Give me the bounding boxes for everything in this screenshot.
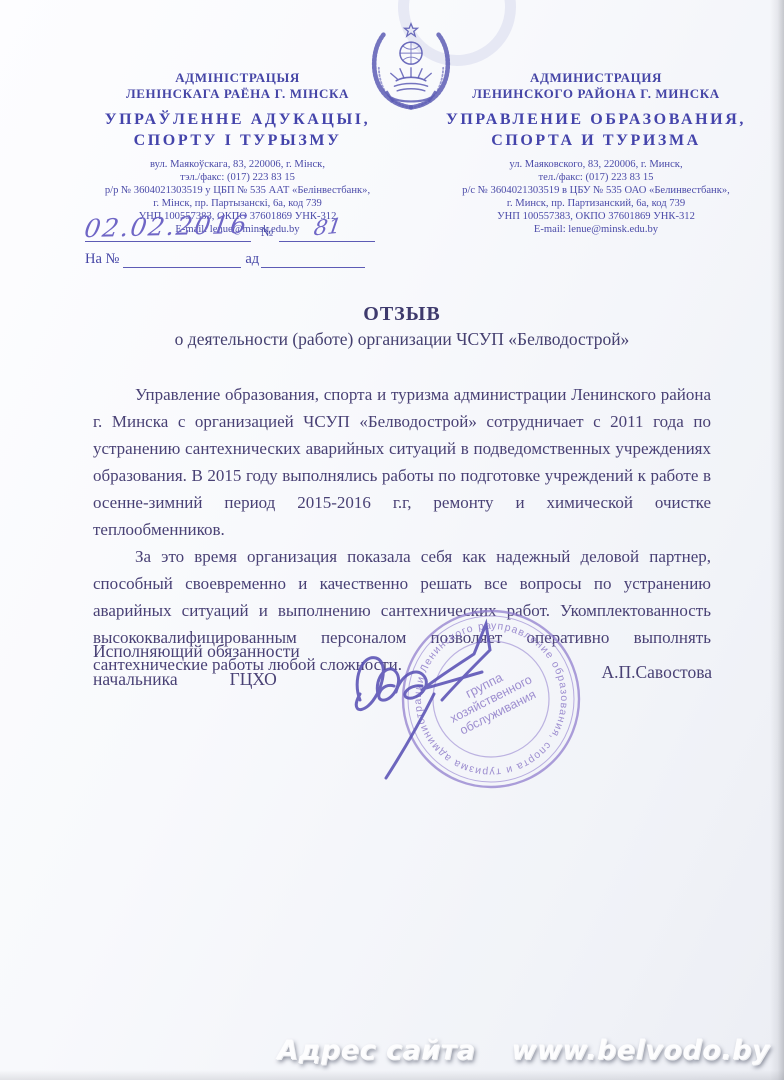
- body-paragraph-1: Управление образования, спорта и туризма…: [93, 381, 711, 543]
- signature-unit: ГЦХО: [230, 665, 277, 693]
- org-name-line1-by: АДМІНІСТРАЦЫЯ: [70, 70, 405, 86]
- letterhead-right: АДМИНИСТРАЦИЯ ЛЕНИНСКОГО РАЙОНА Г. МИНСК…: [428, 70, 764, 237]
- org-name-line1-ru: АДМИНИСТРАЦИЯ: [428, 70, 764, 86]
- site-watermark: Адрес сайта www.belvodo.by: [277, 1035, 770, 1066]
- address-line: УНП 100557383, ОКПО 37601869 УНК-312: [428, 211, 764, 224]
- org-name-line2-ru: ЛЕНИНСКОГО РАЙОНА Г. МИНСКА: [428, 86, 764, 102]
- reply-middle-label: ад: [245, 251, 259, 268]
- number-sign-label: №: [251, 224, 279, 242]
- address-line: р/с № 3604021303519 в ЦБУ № 535 ОАО «Бел…: [428, 185, 764, 198]
- scanned-letter-page: АДМІНІСТРАЦЫЯ ЛЕНІНСКАГА РАЁНА Г. МІНСКА…: [0, 0, 784, 1080]
- org-name-line2-by: ЛЕНІНСКАГА РАЁНА Г. МІНСКА: [70, 86, 405, 102]
- watermark-label: Адрес сайта: [277, 1035, 475, 1066]
- reply-number-blank: [123, 267, 241, 268]
- handwritten-date: 02.02.2016: [85, 212, 251, 242]
- address-block-ru: ул. Маяковского, 83, 220006, г. Минск, т…: [428, 159, 764, 237]
- address-line: г. Минск, пр. Партизанский, 6а, код 739: [428, 198, 764, 211]
- dept-name-line2-by: СПОРТУ І ТУРЫЗМУ: [70, 132, 405, 151]
- reply-prefix-label: На №: [85, 251, 119, 268]
- signature-position-line1: Исполняющий обязанности: [93, 637, 300, 665]
- document-title: ОТЗЫВ: [93, 303, 711, 326]
- dept-name-line2-ru: СПОРТА И ТУРИЗМА: [428, 132, 764, 151]
- signature-position: Исполняющий обязанности начальникаГЦХО: [93, 637, 300, 693]
- reply-date-blank: [261, 267, 365, 268]
- signature-scrawl: [338, 602, 538, 788]
- address-line: тел./факс: (017) 223 83 15: [428, 172, 764, 185]
- handwritten-number: 81: [279, 217, 375, 242]
- signature-position-line2: начальникаГЦХО: [93, 665, 300, 693]
- reference-block: 02.02.2016 № 81 На № ад: [85, 212, 375, 268]
- document-subtitle: о деятельности (работе) организации ЧСУП…: [93, 329, 711, 350]
- address-line: тэл./факс: (017) 223 83 15: [70, 172, 405, 185]
- reference-date-row: 02.02.2016 № 81: [85, 212, 375, 242]
- scan-edge-bottom: [0, 1070, 784, 1080]
- watermark-url: www.belvodo.by: [512, 1035, 770, 1066]
- scan-edge-right: [770, 0, 784, 1080]
- address-line: E-mail: lenue@minsk.edu.by: [428, 224, 764, 237]
- address-line: ул. Маяковского, 83, 220006, г. Минск,: [428, 159, 764, 172]
- reference-reply-row: На № ад: [85, 251, 375, 268]
- address-line: вул. Маякоўскага, 83, 220006, г. Мінск,: [70, 159, 405, 172]
- dept-name-line1-by: УПРАЎЛЕННЕ АДУКАЦЫІ,: [70, 111, 405, 130]
- address-line: р/р № 3604021303519 у ЦБП № 535 ААТ «Бел…: [70, 185, 405, 198]
- dept-name-line1-ru: УПРАВЛЕНИЕ ОБРАЗОВАНИЯ,: [428, 111, 764, 130]
